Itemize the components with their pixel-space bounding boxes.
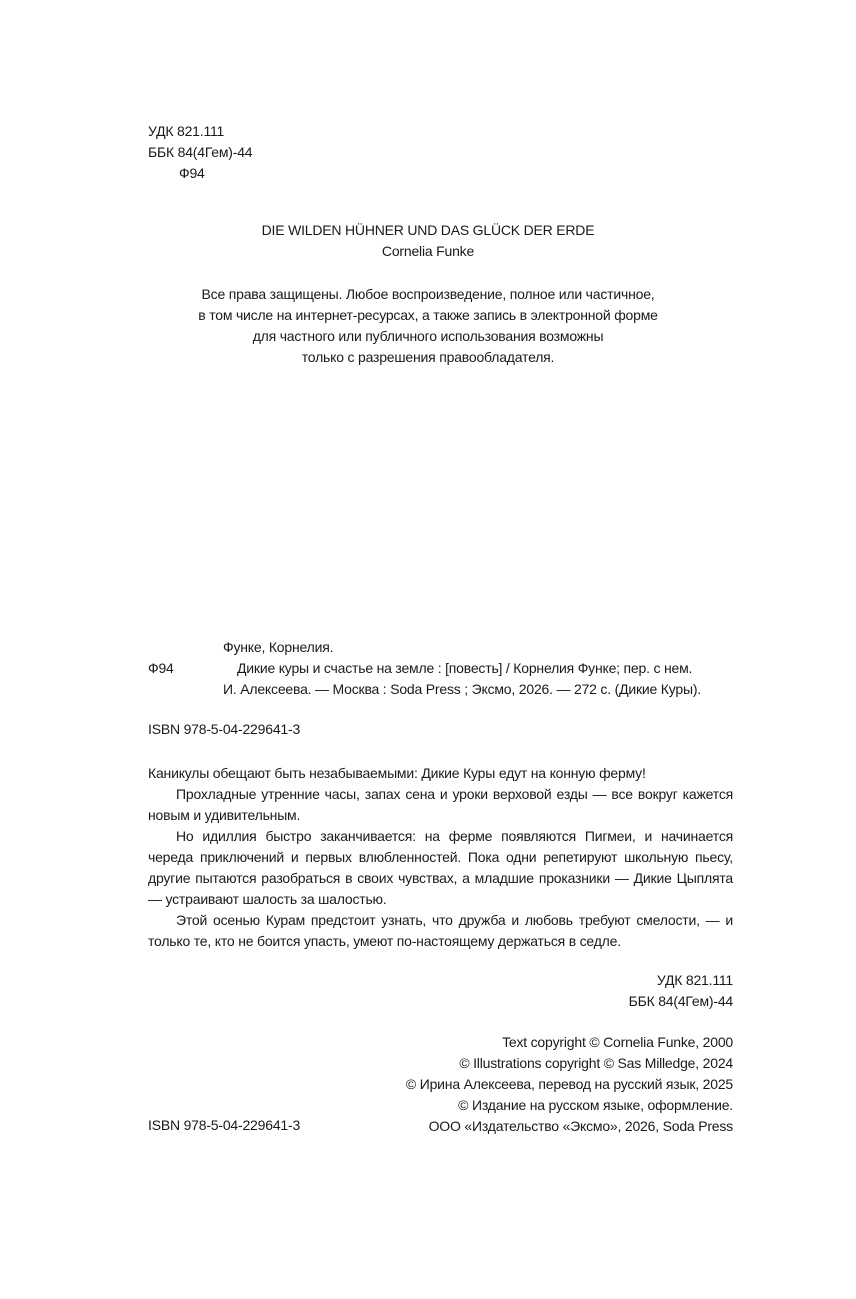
author-mark: Ф94: [148, 163, 252, 184]
rights-notice: Все права защищены. Любое воспроизведени…: [0, 284, 856, 368]
original-author: Cornelia Funke: [0, 241, 856, 262]
copyright-line: © Ирина Алексеева, перевод на русский яз…: [406, 1074, 733, 1095]
rights-line: только с разрешения правообладателя.: [0, 347, 856, 368]
annotation: Каникулы обещают быть незабываемыми: Дик…: [148, 763, 733, 952]
rights-line: в том числе на интернет-ресурсах, а такж…: [0, 305, 856, 326]
copyright-line: © Издание на русском языке, оформление.: [406, 1095, 733, 1116]
publication-statement: И. Алексеева. — Москва : Soda Press ; Эк…: [223, 679, 701, 700]
isbn-top: ISBN 978-5-04-229641-3: [148, 719, 300, 740]
isbn-bottom: ISBN 978-5-04-229641-3: [148, 1115, 300, 1136]
bibliographic-record: Функе, Корнелия. Ф94 Дикие куры и счасть…: [148, 637, 748, 700]
top-classification-codes: УДК 821.111 ББК 84(4Гем)-44 Ф94: [148, 121, 252, 184]
copyright-line: ООО «Издательство «Эксмо», 2026, Soda Pr…: [406, 1116, 733, 1137]
author-heading: Функе, Корнелия.: [223, 637, 333, 658]
original-title-block: DIE WILDEN HÜHNER UND DAS GLÜCK DER ERDE…: [0, 220, 856, 262]
udk-code: УДК 821.111: [629, 970, 733, 991]
udk-code: УДК 821.111: [148, 121, 252, 142]
bbk-code: ББК 84(4Гем)-44: [629, 991, 733, 1012]
original-title: DIE WILDEN HÜHNER UND DAS GLÜCK DER ERDE: [0, 220, 856, 241]
annotation-paragraph: Этой осенью Курам предстоит узнать, что …: [148, 910, 733, 952]
title-statement: Дикие куры и счастье на земле : [повесть…: [237, 658, 692, 679]
rights-line: Все права защищены. Любое воспроизведени…: [0, 284, 856, 305]
rights-line: для частного или публичного использовани…: [0, 326, 856, 347]
author-mark: Ф94: [148, 658, 174, 679]
annotation-paragraph: Прохладные утренние часы, запах сена и у…: [148, 784, 733, 826]
annotation-paragraph: Каникулы обещают быть незабываемыми: Дик…: [148, 763, 733, 784]
copyright-line: © Illustrations copyright © Sas Milledge…: [406, 1053, 733, 1074]
bottom-classification-codes: УДК 821.111 ББК 84(4Гем)-44: [629, 970, 733, 1012]
annotation-paragraph: Но идиллия быстро заканчивается: на ферм…: [148, 826, 733, 910]
copyright-line: Text copyright © Cornelia Funke, 2000: [406, 1032, 733, 1053]
bbk-code: ББК 84(4Гем)-44: [148, 142, 252, 163]
copyright-notices: Text copyright © Cornelia Funke, 2000 © …: [406, 1032, 733, 1137]
